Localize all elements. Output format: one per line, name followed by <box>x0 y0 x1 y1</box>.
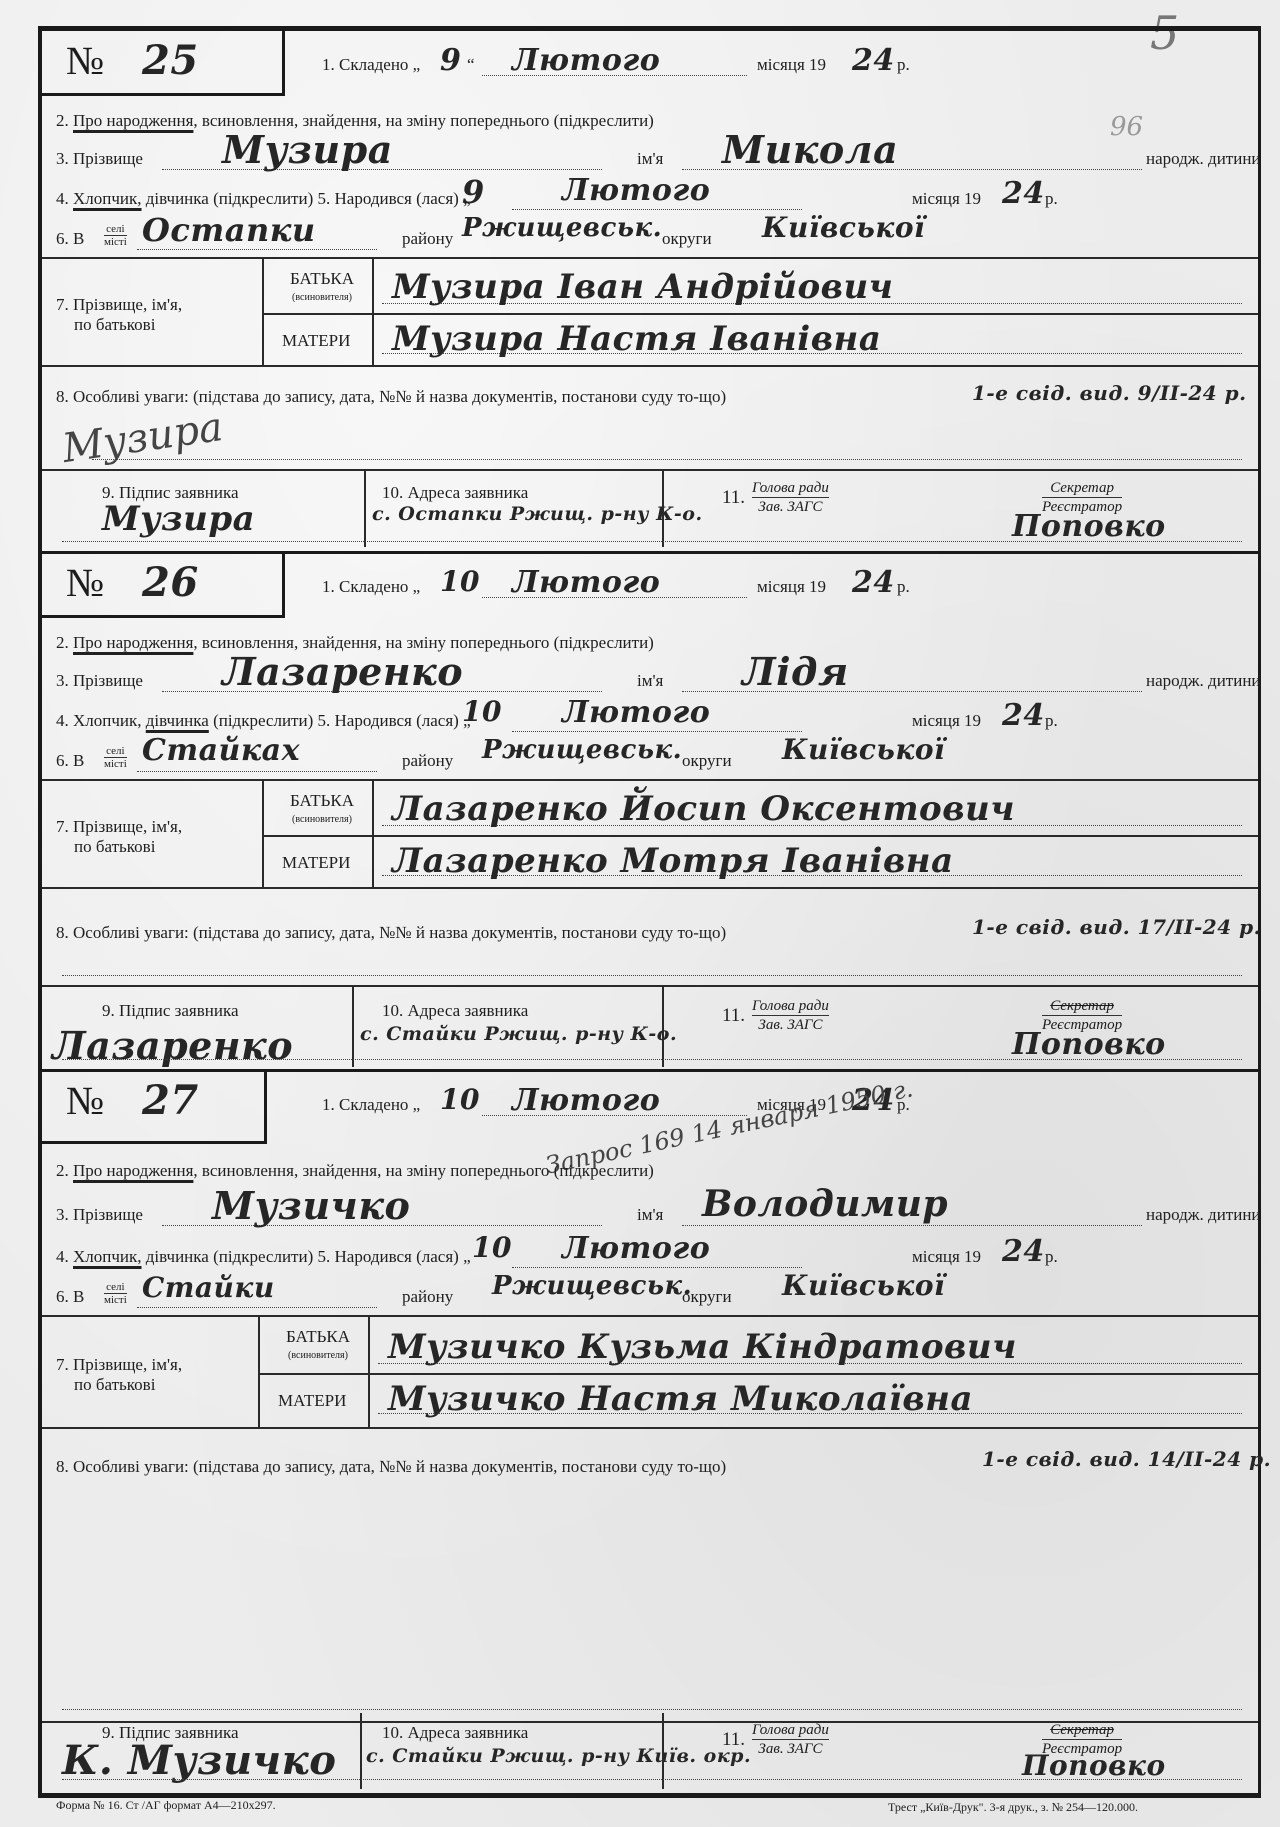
village: Стайках <box>142 733 300 768</box>
head-fraction: Голова радиЗав. ЗАГС <box>752 1721 829 1758</box>
parents-label-1: 7. Прізвище, ім'я, <box>56 295 182 314</box>
divider <box>262 835 1258 837</box>
head-zags-label: Зав. ЗАГС <box>758 1741 822 1757</box>
applicant-signature: Музира <box>102 499 255 539</box>
okrug: Київської <box>782 733 945 766</box>
composed-label: 1. Складено „ <box>322 577 420 597</box>
child-label: народж. дитини <box>1146 671 1261 691</box>
name-label: ім'я <box>637 671 663 691</box>
born-day: 10 <box>472 1231 512 1264</box>
child-label: народж. дитини <box>1146 1205 1261 1225</box>
village-label: селі <box>104 1281 127 1294</box>
town-label: місті <box>104 758 127 770</box>
notes-value: 1-е свід. вид. 17/ІІ-24 р. <box>972 915 1261 939</box>
applicant-signature: Лазаренко <box>52 1023 293 1068</box>
father-sub-label: (всиновителя) <box>288 1350 348 1361</box>
father-label: БАТЬКА(всиновителя) <box>278 1329 358 1364</box>
dotted-line <box>512 209 802 210</box>
record-25: № 25 1. Складено „ 9 “ Лютого місяця 19 … <box>42 31 1258 611</box>
notes-value: 1-е свід. вид. 9/ІІ-24 р. <box>972 381 1247 405</box>
divider <box>662 471 664 547</box>
composed-day: 9 <box>440 43 461 78</box>
father-label: БАТЬКА(всиновителя) <box>282 793 362 828</box>
head-council-label: Голова ради <box>752 997 829 1016</box>
okrug-label: округи <box>682 751 732 771</box>
mother-name: Музира Настя Іванівна <box>392 319 881 359</box>
composed-month: Лютого <box>512 1083 660 1118</box>
divider <box>352 987 354 1067</box>
parents-label-2: по батькові <box>56 837 155 856</box>
in-label: 6. В <box>56 751 84 771</box>
record-27-signatures: 9. Підпис заявника К. Музичко 10. Адреса… <box>42 1723 1258 1793</box>
record-type-line: 2. Про народження, всиновлення, знайденн… <box>56 1161 654 1181</box>
record-number: 25 <box>142 37 199 84</box>
number-sign: № <box>66 559 104 606</box>
officials-label: 11. <box>722 1729 745 1751</box>
quote-mark: “ <box>467 55 475 75</box>
composed-day: 10 <box>440 565 480 598</box>
secretary-label-struck: Секретар <box>1042 997 1122 1016</box>
secretary-label-struck: Секретар <box>1042 1721 1122 1740</box>
mother-label: МАТЕРИ <box>278 1391 346 1411</box>
parents-label: 7. Прізвище, ім'я,по батькові <box>56 817 182 857</box>
parents-label-1: 7. Прізвище, ім'я, <box>56 1355 182 1374</box>
town-label: місті <box>104 1294 127 1306</box>
about-change: на зміну попереднього <box>386 111 550 130</box>
notes-value: 1-е свід. вид. 14/ІІ-24 р. <box>982 1447 1271 1471</box>
name-label: ім'я <box>637 149 663 169</box>
registrar-signature: Поповко <box>1012 509 1166 544</box>
village-town-fraction: селімісті <box>104 1281 127 1306</box>
divider <box>364 471 366 547</box>
margin-note: Музира <box>60 404 226 472</box>
father-label: БАТЬКА(всиновителя) <box>282 271 362 306</box>
mother-name: Музичко Настя Миколаївна <box>388 1379 973 1419</box>
gender-girl: дівчинка <box>146 189 209 208</box>
notes-label: 8. Особливі уваги: (підстава до запису, … <box>56 923 726 943</box>
underline-hint: (підкреслити) <box>554 633 654 652</box>
number-sign: № <box>66 37 104 84</box>
divider <box>372 781 374 887</box>
okrug-label: округи <box>682 1287 732 1307</box>
divider <box>368 1317 370 1427</box>
underline-hint: (підкреслити) <box>213 711 313 730</box>
record-number-box: № 26 <box>42 553 285 618</box>
district: Ржищевськ. <box>462 213 662 243</box>
dotted-line <box>512 731 802 732</box>
gender-girl: дівчинка <box>146 1247 209 1266</box>
born-day: 10 <box>462 695 502 728</box>
child-name: Лідя <box>742 649 849 694</box>
month-label: місяця 19 <box>912 189 981 209</box>
about-prefix: 2. <box>56 633 69 652</box>
in-label: 6. В <box>56 1287 84 1307</box>
underline-hint: (підкреслити) <box>213 189 313 208</box>
okrug: Київської <box>782 1269 945 1302</box>
gender-line: 4. Хлопчик, дівчинка (підкреслити) 5. На… <box>56 1247 471 1267</box>
year-suffix: р. <box>1045 1247 1058 1267</box>
gender-line: 4. Хлопчик, дівчинка (підкреслити) 5. На… <box>56 711 471 731</box>
underline-hint: (підкреслити) <box>554 111 654 130</box>
about-adoption: всиновлення <box>202 1161 294 1180</box>
child-name: Володимир <box>702 1183 948 1225</box>
okrug: Київської <box>762 211 925 244</box>
village: Стайки <box>142 1271 275 1304</box>
divider <box>42 985 1258 987</box>
composed-year: 24 <box>852 43 895 78</box>
name-label: ім'я <box>637 1205 663 1225</box>
head-fraction: Голова радиЗав. ЗАГС <box>752 997 829 1034</box>
dotted-line <box>62 1059 1242 1060</box>
dotted-line <box>137 249 377 250</box>
district: Ржищевськ. <box>492 1271 692 1301</box>
composed-label: 1. Складено „ <box>322 55 420 75</box>
town-label: місті <box>104 236 127 248</box>
record-26: № 26 1. Складено „ 10 Лютого місяця 19 2… <box>42 553 1258 1133</box>
district-label: району <box>402 751 453 771</box>
father-label-text: БАТЬКА <box>290 791 354 810</box>
head-zags-label: Зав. ЗАГС <box>758 1017 822 1033</box>
divider <box>42 779 1258 781</box>
gender-prefix: 4. <box>56 1247 69 1266</box>
month-label: місяця 19 <box>912 711 981 731</box>
father-sub-label: (всиновителя) <box>292 814 352 825</box>
okrug-label: округи <box>662 229 712 249</box>
born-label: 5. Народився (лася) „ <box>318 189 471 208</box>
month-label: місяця 19 <box>757 55 826 75</box>
applicant-address: с. Стайки Ржищ. р-ну Київ. окр. <box>366 1745 751 1767</box>
father-name: Музичко Кузьма Кіндратович <box>388 1327 1017 1367</box>
divider <box>42 257 1258 259</box>
record-number-box: № 25 <box>42 31 285 96</box>
record-number-box: № 27 <box>42 1071 267 1144</box>
father-label-text: БАТЬКА <box>286 1327 350 1346</box>
composed-month: Лютого <box>512 43 660 78</box>
divider <box>262 313 1258 315</box>
notes-label: 8. Особливі уваги: (підстава до запису, … <box>56 1457 726 1477</box>
applicant-address-label: 10. Адреса заявника <box>382 1723 528 1743</box>
village-label: селі <box>104 745 127 758</box>
underline-hint: (підкреслити) <box>554 1161 654 1180</box>
dotted-line <box>137 1307 377 1308</box>
head-council-label: Голова ради <box>752 479 829 498</box>
born-day: 9 <box>462 173 485 211</box>
divider <box>262 781 264 887</box>
divider <box>662 1713 664 1789</box>
applicant-address-label: 10. Адреса заявника <box>382 1001 528 1021</box>
dotted-line <box>62 541 1242 542</box>
about-birth-underlined: Про народження <box>73 1161 193 1180</box>
parents-label: 7. Прізвище, ім'я,по батькові <box>56 295 182 335</box>
divider <box>360 1713 362 1789</box>
father-sub-label: (всиновителя) <box>292 292 352 303</box>
born-label: 5. Народився (лася) „ <box>318 1247 471 1266</box>
divider <box>258 1317 260 1427</box>
applicant-address: с. Остапки Ржищ. р-ну К-о. <box>372 503 703 525</box>
about-birth-underlined: Про народження <box>73 111 193 130</box>
gender-girl-underlined: дівчинка <box>146 711 209 730</box>
born-month: Лютого <box>562 1231 710 1266</box>
year-suffix: р. <box>897 55 910 75</box>
record-number: 26 <box>142 559 199 606</box>
about-prefix: 2. <box>56 1161 69 1180</box>
child-surname: Музира <box>222 127 393 172</box>
record-27: № 27 1. Складено „ 10 Лютого місяця 19 2… <box>42 1071 1258 1791</box>
about-birth-underlined: Про народження <box>73 633 193 652</box>
registrar-signature: Поповко <box>1012 1027 1166 1062</box>
divider <box>42 1315 1258 1317</box>
district: Ржищевськ. <box>482 735 682 765</box>
child-label: народж. дитини <box>1146 149 1261 169</box>
applicant-address-label: 10. Адреса заявника <box>382 483 528 503</box>
surname-label: 3. Прізвище <box>56 671 143 691</box>
parents-label-2: по батькові <box>56 315 155 334</box>
about-change: на зміну попереднього <box>386 1161 550 1180</box>
dotted-line <box>62 1709 1242 1710</box>
dotted-line <box>682 1225 1142 1226</box>
born-year: 24 <box>1002 1234 1045 1269</box>
child-surname: Лазаренко <box>222 649 463 694</box>
mother-label: МАТЕРИ <box>282 853 350 873</box>
registrar-signature: Поповко <box>1022 1749 1166 1782</box>
head-fraction: Голова радиЗав. ЗАГС <box>752 479 829 516</box>
village: Остапки <box>142 211 316 249</box>
secretary-label: Секретар <box>1042 479 1122 498</box>
gender-boy-underlined: Хлопчик, <box>73 1247 142 1266</box>
village-label: селі <box>104 223 127 236</box>
gender-line: 4. Хлопчик, дівчинка (підкреслити) 5. На… <box>56 189 471 209</box>
underline-hint: (підкреслити) <box>213 1247 313 1266</box>
form-footer-right: Трест „Київ-Друк". 3-я друк., з. № 254—1… <box>888 1800 1138 1815</box>
village-town-fraction: селімісті <box>104 745 127 770</box>
parents-label-2: по батькові <box>56 1375 155 1394</box>
year-suffix: р. <box>1045 189 1058 209</box>
composed-label: 1. Складено „ <box>322 1095 420 1115</box>
dotted-line <box>512 1267 802 1268</box>
head-council-label: Голова ради <box>752 1721 829 1740</box>
born-label: 5. Народився (лася) „ <box>318 711 471 730</box>
gender-prefix: 4. <box>56 189 69 208</box>
district-label: району <box>402 229 453 249</box>
composed-day: 10 <box>440 1083 480 1116</box>
dotted-line <box>62 1779 1242 1780</box>
form-footer-left: Форма № 16. Ст /АГ формат А4—210х297. <box>56 1798 276 1813</box>
surname-label: 3. Прізвище <box>56 149 143 169</box>
scanned-page: 5 96 № 25 1. Складено „ 9 “ Лютого місяц… <box>0 0 1280 1827</box>
gender-prefix: 4. <box>56 711 69 730</box>
divider <box>42 887 1258 889</box>
child-surname: Музичко <box>212 1183 410 1228</box>
applicant-signature: К. Музичко <box>62 1737 336 1784</box>
parents-label-1: 7. Прізвище, ім'я, <box>56 817 182 836</box>
head-zags-label: Зав. ЗАГС <box>758 499 822 515</box>
mother-label: МАТЕРИ <box>282 331 350 351</box>
father-label-text: БАТЬКА <box>290 269 354 288</box>
village-town-fraction: селімісті <box>104 223 127 248</box>
about-found: знайдення <box>302 1161 377 1180</box>
parents-label: 7. Прізвище, ім'я,по батькові <box>56 1355 182 1395</box>
number-sign: № <box>66 1077 104 1124</box>
divider <box>258 1373 1258 1375</box>
dotted-line <box>92 459 1242 460</box>
record-number: 27 <box>142 1077 199 1124</box>
father-name: Лазаренко Йосип Оксентович <box>392 789 1015 829</box>
applicant-address: с. Стайки Ржищ. р-ну К-о. <box>360 1023 677 1045</box>
district-label: району <box>402 1287 453 1307</box>
born-month: Лютого <box>562 695 710 730</box>
divider <box>42 1427 1258 1429</box>
year-suffix: р. <box>897 577 910 597</box>
officials-label: 11. <box>722 1005 745 1027</box>
year-suffix: р. <box>1045 711 1058 731</box>
born-year: 24 <box>1002 698 1045 733</box>
divider <box>262 259 264 365</box>
notes-label: 8. Особливі уваги: (підстава до запису, … <box>56 387 726 407</box>
divider <box>42 365 1258 367</box>
applicant-signature-label: 9. Підпис заявника <box>102 1001 239 1021</box>
surname-label: 3. Прізвище <box>56 1205 143 1225</box>
divider <box>42 469 1258 471</box>
in-label: 6. В <box>56 229 84 249</box>
about-prefix: 2. <box>56 111 69 130</box>
gender-boy: Хлопчик, <box>73 711 142 730</box>
form-frame: № 25 1. Складено „ 9 “ Лютого місяця 19 … <box>38 26 1261 1798</box>
child-name: Микола <box>722 127 898 172</box>
gender-boy-underlined: Хлопчик, <box>73 189 142 208</box>
month-label: місяця 19 <box>757 577 826 597</box>
composed-year: 24 <box>852 565 895 600</box>
divider <box>662 987 664 1067</box>
dotted-line <box>62 975 1242 976</box>
month-label: місяця 19 <box>912 1247 981 1267</box>
mother-name: Лазаренко Мотря Іванівна <box>392 841 954 881</box>
born-month: Лютого <box>562 173 710 208</box>
father-name: Музира Іван Андрійович <box>392 267 893 307</box>
composed-month: Лютого <box>512 565 660 600</box>
officials-label: 11. <box>722 487 745 509</box>
born-year: 24 <box>1002 176 1045 211</box>
dotted-line <box>137 771 377 772</box>
divider <box>372 259 374 365</box>
